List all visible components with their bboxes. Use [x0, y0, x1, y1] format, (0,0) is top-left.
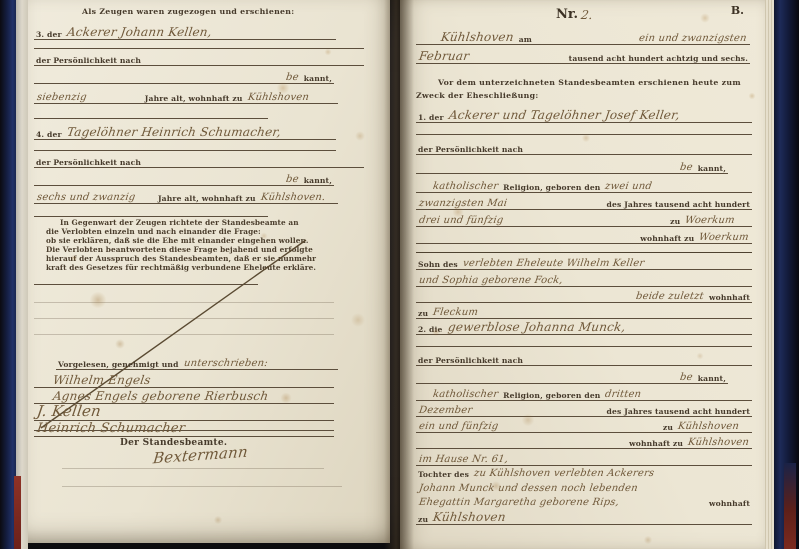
blank-rule — [34, 276, 258, 285]
groom-religion: katholischer — [429, 181, 502, 192]
blank-rule — [34, 142, 336, 151]
bride-parents-place: Kühlshoven — [429, 510, 510, 524]
am-label: am — [517, 35, 534, 44]
groom-birthyear-line: drei und fünfzig zu Woerkum — [416, 209, 752, 227]
book-cover-left — [0, 0, 16, 549]
witness4-place: Kühlshoven. — [257, 192, 329, 203]
unterschrieben-entry: unterschrieben: — [180, 358, 271, 369]
son-label: Sohn des — [416, 260, 460, 269]
intro-line1: Vor dem unterzeichneten Standesbeamten e… — [438, 78, 741, 87]
witness3-identity-line: der Persönlichkeit nach — [34, 52, 364, 66]
intro-line2: Zweck der Eheschließung: — [416, 91, 539, 100]
known-entry: be — [676, 372, 696, 383]
signature-witness4: Heinrich Schumacher — [33, 421, 189, 436]
date-place-line: Kühlshoven am ein und zwanzigsten — [416, 26, 750, 45]
left-page: Als Zeugen waren zugezogen und erschiene… — [28, 0, 390, 543]
age-label: Jahre alt, wohnhaft zu — [156, 194, 258, 203]
record-month: Februar — [415, 49, 473, 63]
page-edge-left — [16, 0, 28, 549]
signature-line: Heinrich Schumacher — [34, 418, 334, 437]
witnesses-header: Als Zeugen waren zugezogen und erschiene… — [82, 7, 294, 16]
record-number: Nr. 2. — [556, 4, 596, 22]
blank-rule — [34, 208, 268, 217]
faint-rule — [34, 312, 334, 319]
witness4-name: Tagelöhner Heinrich Schumacher, — [63, 125, 285, 139]
identity-label: der Persönlichkeit nach — [416, 145, 525, 154]
witness3-age: siebenzig — [33, 92, 90, 103]
known-label: kannt, — [302, 74, 334, 83]
groom-birth-line: zwanzigsten Mai des Jahres tausend acht … — [416, 192, 752, 210]
age-label: Jahre alt, wohnhaft zu — [143, 94, 245, 103]
vorgelesen-label: Vorgelesen, genehmigt und — [56, 360, 181, 369]
declaration-line: Die Verlobten beantworteten diese Frage … — [46, 245, 348, 254]
identity-label: der Persönlichkeit nach — [34, 158, 143, 167]
declaration-line: ob sie erklären, daß sie die Ehe mit ein… — [46, 236, 348, 245]
right-page: Nr. 2. B. Kühlshoven am ein und zwanzigs… — [400, 0, 774, 549]
blank-rule — [34, 40, 364, 49]
known-entry: be — [282, 72, 302, 83]
witness3-name: Ackerer Johann Kellen, — [63, 25, 216, 39]
groom-name: Ackerer und Tagelöhner Josef Keller, — [445, 108, 684, 122]
groom-residence: Woerkum — [696, 232, 753, 243]
residence-label: wohnhaft zu — [638, 234, 696, 243]
year-label: des Jahres tausend acht hundert — [605, 200, 752, 209]
bride-residence-line: wohnhaft zu Kühlshoven — [416, 431, 752, 449]
faint-rule — [34, 328, 334, 335]
faint-rule — [62, 462, 324, 469]
groom-prefix: 1. der — [416, 113, 446, 122]
groom-birth-day2: zwanzigsten Mai — [415, 198, 511, 209]
groom-known-line: be kannt, — [416, 158, 728, 174]
declaration-line: kraft des Gesetzes für rechtmäßig verbun… — [46, 263, 348, 272]
record-place: Kühlshoven — [437, 30, 518, 44]
bride-prefix: 2. die — [416, 325, 445, 334]
groom-name-line: 1. der Ackerer und Tagelöhner Josef Kell… — [416, 104, 752, 123]
groom-birth-day: zwei und — [602, 181, 657, 192]
groom-birth-year: drei und fünfzig — [415, 215, 507, 226]
declaration-paragraph: In Gegenwart der Zeugen richtete der Sta… — [46, 218, 348, 272]
known-label: kannt, — [696, 374, 728, 383]
blank-rule — [416, 126, 752, 135]
signature-line: Wilhelm Engels — [34, 371, 334, 388]
witness4-prefix: 4. der — [34, 130, 64, 139]
year-words: tausend acht hundert achtzig und sechs. — [567, 54, 750, 63]
declaration-line: die Verlobten einzeln und nach einander … — [46, 227, 348, 236]
nr-value: 2. — [577, 8, 597, 22]
witness4-name-line: 4. der Tagelöhner Heinrich Schumacher, — [34, 122, 336, 140]
witness3-place: Kühlshoven — [244, 92, 312, 103]
known-entry: be — [676, 162, 696, 173]
zu-label: zu — [668, 217, 682, 226]
witness3-prefix: 3. der — [34, 30, 64, 39]
bride-known-line: be kannt, — [416, 368, 728, 384]
zu-label: zu — [416, 515, 430, 524]
bride-residence: Kühlshoven — [684, 437, 752, 448]
blank-rule — [34, 110, 268, 119]
date-year-line: Februar tausend acht hundert achtzig und… — [416, 46, 750, 64]
groom-identity-line: der Persönlichkeit nach — [416, 141, 752, 155]
groom-birth-place: Woerkum — [682, 215, 739, 226]
witness4-known-line: be kannt, — [34, 170, 334, 186]
groom-parents1: verlebten Eheleute Wilhelm Keller — [459, 258, 648, 269]
faint-rule — [62, 480, 342, 487]
blank-rule — [416, 338, 752, 347]
witness4-age-line: sechs und zwanzig Jahre alt, wohnhaft zu… — [34, 186, 338, 204]
known-entry: be — [282, 174, 302, 185]
identity-label: der Persönlichkeit nach — [416, 356, 525, 365]
witness3-known-line: be kannt, — [34, 68, 334, 84]
known-label: kannt, — [302, 176, 334, 185]
identity-label: der Persönlichkeit nach — [34, 56, 143, 65]
bride-name: gewerblose Johanna Munck, — [444, 320, 630, 334]
corner-letter: B. — [731, 4, 744, 17]
vorgelesen-line: Vorgelesen, genehmigt und unterschrieben… — [56, 352, 338, 370]
record-day: ein und zwanzigsten — [636, 33, 751, 44]
groom-religion-line: katholischer Religion, geboren den zwei … — [416, 175, 752, 193]
bride-identity-line: der Persönlichkeit nach — [416, 352, 752, 366]
witness3-age-line: siebenzig Jahre alt, wohnhaft zu Kühlsho… — [34, 86, 338, 104]
nr-label: Nr. — [556, 7, 578, 22]
signature-groom: Wilhelm Engels — [49, 373, 155, 387]
page-stack-edge — [765, 0, 774, 549]
bride-parents-place-line: zu Kühlshoven — [416, 506, 752, 525]
witness4-identity-line: der Persönlichkeit nach — [34, 154, 364, 168]
religion-label: Religion, geboren den — [501, 183, 602, 192]
witness3-name-line: 3. der Ackerer Johann Kellen, — [34, 22, 336, 40]
declaration-line: hierauf der Ausspruch des Standesbeamten… — [46, 254, 348, 263]
bride-name-line: 2. die gewerblose Johanna Munck, — [416, 316, 752, 335]
known-label: kannt, — [696, 164, 728, 173]
registry-book-photo: Als Zeugen waren zugezogen und erschiene… — [0, 0, 799, 549]
declaration-line: In Gegenwart der Zeugen richtete der Sta… — [46, 218, 348, 227]
endpaper-red-right — [784, 463, 796, 549]
faint-rule — [34, 296, 334, 303]
groom-residence-line: wohnhaft zu Woerkum — [416, 226, 752, 244]
witness4-age: sechs und zwanzig — [33, 192, 139, 203]
endpaper-red-left — [14, 476, 21, 549]
residence-label: wohnhaft zu — [627, 439, 685, 448]
groom-parents-line1: Sohn des verlebten Eheleute Wilhelm Kell… — [416, 252, 752, 270]
